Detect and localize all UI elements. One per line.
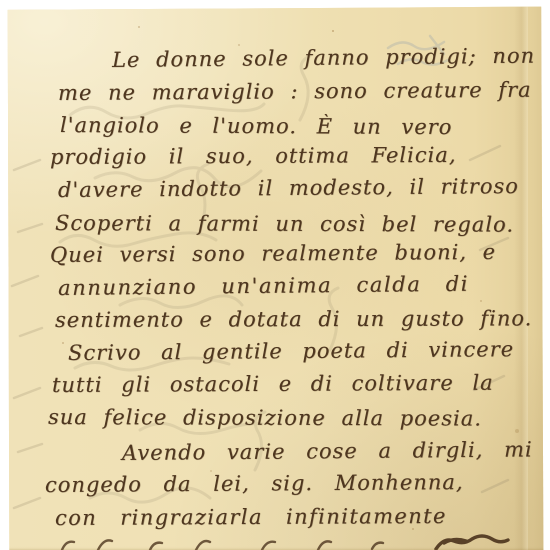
cutoff-bottom-line-strokes — [0, 0, 550, 550]
letter-line-7: Quei versi sono realmente buoni, e — [50, 240, 496, 267]
show-through-layer — [0, 0, 550, 550]
letter-line-2: me ne maraviglio : sono creature fra — [58, 78, 532, 105]
handwriting: Le donne sole fanno prodigi; non me ne m… — [0, 0, 550, 550]
letter-line-15: con ringraziarla infinitamente — [55, 504, 447, 530]
letter-line-10: Scrivo al gentile poeta di vincere — [68, 337, 514, 365]
letter-line-12: sua felice disposizione alla poesia. — [48, 405, 482, 431]
foxing-speckles — [0, 0, 2, 2]
letter-line-4: prodigio il suo, ottima Felicia, — [50, 143, 457, 169]
paper-sheet: Le donne sole fanno prodigi; non me ne m… — [0, 0, 550, 550]
letter-line-6: Scoperti a farmi un così bel regalo. — [55, 211, 514, 237]
letter-line-13: Avendo varie cose a dirgli, mi — [122, 437, 533, 465]
letter-scan: Le donne sole fanno prodigi; non me ne m… — [0, 0, 550, 550]
letter-line-9: sentimento e dotata di un gusto fino. — [55, 306, 532, 332]
letter-line-3: l'angiolo e l'uomo. È un vero — [60, 113, 452, 139]
letter-line-14: congedo da lei, sig. Monhenna, — [45, 470, 464, 497]
letter-line-5: d'avere indotto il modesto, il ritroso — [58, 174, 519, 202]
letter-line-1: Le donne sole fanno prodigi; non — [112, 44, 535, 72]
letter-line-8: annunziano un'anima calda di — [58, 272, 469, 300]
letter-line-11: tutti gli ostacoli e di coltivare la — [52, 371, 494, 397]
